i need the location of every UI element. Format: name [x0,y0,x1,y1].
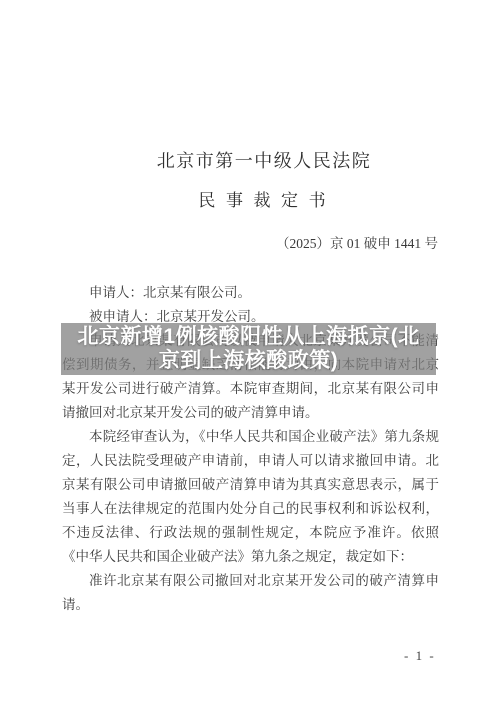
applicant-line: 申请人：北京某有限公司。 [62,281,439,305]
headline-line-1: 北京新增1例核酸阳性从上海抵京(北 [77,325,419,349]
headline-overlay-band: 北京新增1例核酸阳性从上海抵京(北 京到上海核酸政策) [61,323,436,375]
court-ruling-document-page: 北京市第一中级人民法院 民事裁定书 （2025）京 01 破申 1441 号 申… [0,0,500,707]
paragraph-court-opinion: 本院经审查认为，《中华人民共和国企业破产法》第九条规定，人民法院受理破产申请前，… [62,425,439,569]
court-name-heading: 北京市第一中级人民法院 [76,147,452,173]
headline-line-2: 京到上海核酸政策) [159,349,339,373]
page-number: - 1 - [404,648,436,664]
paragraph-ruling: 准许北京某有限公司撤回对北京某开发公司的破产清算申请。 [62,569,439,617]
document-type-title: 民事裁定书 [74,186,450,211]
case-number: （2025）京 01 破申 1441 号 [62,232,438,252]
